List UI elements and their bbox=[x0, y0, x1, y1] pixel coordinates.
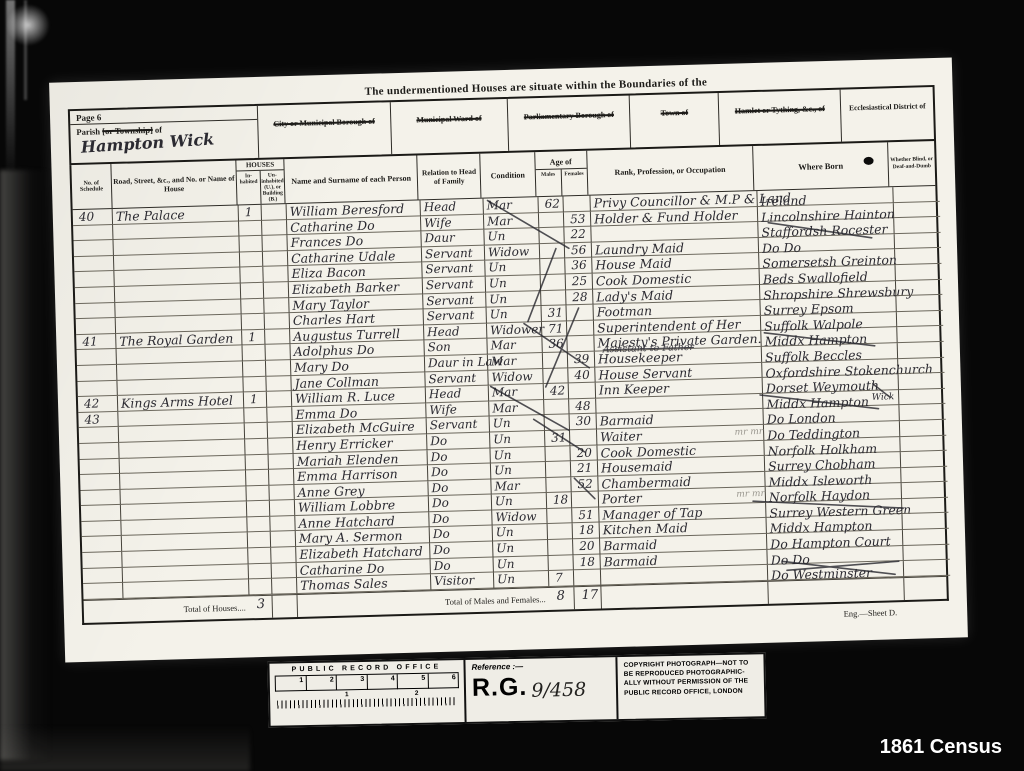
film-scratch bbox=[24, 0, 27, 100]
column-header-condition: Condition bbox=[480, 152, 536, 198]
schedule-cell bbox=[80, 458, 120, 475]
film-blemish bbox=[6, 4, 50, 46]
blind-cell bbox=[898, 357, 944, 374]
parish-field: Page 6 Parish [or Township] of Hampton W… bbox=[70, 106, 260, 163]
age-female-cell: 48 bbox=[569, 398, 596, 414]
relation-cell: Wife bbox=[426, 401, 489, 418]
ruler-segment: 2 bbox=[306, 675, 337, 691]
males-total: 8 bbox=[549, 587, 575, 610]
blind-cell bbox=[897, 311, 943, 328]
age-male-cell bbox=[539, 212, 564, 228]
column-header-relation: Relation to Head of Family bbox=[418, 154, 482, 200]
inhabited-cell bbox=[245, 423, 268, 439]
age-male-cell bbox=[544, 399, 569, 415]
column-header-age: Age of Males Females bbox=[535, 151, 588, 196]
pencil-mark: mr mr bbox=[734, 426, 763, 440]
age-female-cell: 39 bbox=[568, 352, 595, 368]
inhabited-cell bbox=[239, 220, 262, 236]
column-header-born: Where Born bbox=[753, 142, 890, 190]
ruler-segment: 5 bbox=[398, 674, 429, 690]
schedule-cell bbox=[77, 365, 117, 382]
age-male-cell bbox=[541, 290, 566, 306]
condition-cell: Un bbox=[490, 415, 545, 432]
uninhabited-cell bbox=[268, 438, 293, 454]
age-female-cell: 22 bbox=[564, 227, 591, 243]
film-smudge bbox=[0, 170, 52, 760]
age-female-cell bbox=[567, 305, 594, 321]
house-cell bbox=[123, 580, 249, 599]
column-header-males: Males bbox=[536, 169, 563, 196]
schedule-cell bbox=[74, 271, 114, 288]
blind-cell bbox=[903, 529, 949, 546]
females-total: 17 bbox=[574, 586, 602, 609]
ecclesiastical-district-label: Ecclesiastical District of bbox=[841, 87, 934, 142]
blind-cell bbox=[901, 451, 947, 468]
condition-cell: Widower bbox=[487, 322, 542, 339]
schedule-cell bbox=[77, 349, 117, 366]
condition-cell: Un bbox=[491, 462, 546, 479]
inhabited-cell bbox=[241, 283, 264, 299]
reference-prefix: R.G. bbox=[472, 673, 528, 703]
uninhabited-cell bbox=[269, 485, 294, 501]
reference-label: Reference :— bbox=[471, 660, 609, 672]
reference-box: Reference :— R.G. 9/458 bbox=[465, 657, 618, 722]
relation-cell: Head bbox=[426, 386, 489, 403]
condition-cell: Un bbox=[490, 431, 545, 448]
relation-cell: Son bbox=[424, 339, 487, 356]
age-female-cell: 30 bbox=[570, 414, 597, 430]
column-header-schedule: No. of Schedule bbox=[71, 164, 112, 209]
uninhabited-cell bbox=[268, 422, 293, 438]
age-male-cell bbox=[546, 461, 571, 477]
age-male-cell bbox=[548, 555, 573, 571]
condition-cell: Widow bbox=[488, 369, 543, 386]
relation-cell: Do bbox=[429, 495, 492, 512]
age-female-cell: 28 bbox=[566, 289, 593, 305]
blind-cell bbox=[899, 373, 945, 390]
blind-cell bbox=[900, 435, 946, 452]
relation-cell: Servant bbox=[425, 370, 488, 387]
age-male-cell: 42 bbox=[544, 383, 569, 399]
relation-cell: Visitor bbox=[431, 573, 494, 590]
blind-cell bbox=[902, 513, 948, 530]
ruler-segment: 6 bbox=[428, 673, 459, 689]
blind-cell bbox=[896, 295, 942, 312]
uninhabited-cell bbox=[264, 282, 289, 298]
relation-cell: Daur in Law bbox=[425, 355, 488, 372]
age-female-cell bbox=[574, 570, 601, 586]
column-header-road: Road, Street, &c., and No. or Name of Ho… bbox=[111, 161, 238, 208]
schedule-cell bbox=[73, 225, 113, 242]
condition-cell: Mar bbox=[487, 337, 542, 354]
inhabited-cell bbox=[241, 298, 264, 314]
column-header-name: Name and Surname of each Person bbox=[284, 155, 419, 203]
ruler-cm-scale: 1 2 bbox=[275, 690, 459, 710]
blind-cell bbox=[896, 264, 942, 281]
copyright-notice: COPYRIGHT PHOTOGRAPH—NOT TO BE REPRODUCE… bbox=[617, 654, 764, 719]
uninhabited-cell bbox=[265, 344, 290, 360]
inhabited-cell bbox=[243, 361, 266, 377]
age-male-cell: 31 bbox=[545, 430, 570, 446]
uninhabited-cell bbox=[269, 454, 294, 470]
age-male-cell bbox=[541, 274, 566, 290]
condition-cell: Mar bbox=[488, 353, 543, 370]
age-female-cell: 20 bbox=[573, 539, 600, 555]
inhabited-cell: 1 bbox=[242, 330, 265, 346]
age-male-cell bbox=[545, 415, 570, 431]
age-female-cell: 18 bbox=[573, 554, 600, 570]
age-female-cell bbox=[567, 336, 594, 352]
column-header-females: Females bbox=[561, 169, 587, 196]
ruler-segment: 3 bbox=[337, 675, 368, 691]
uninhabited-cell bbox=[269, 469, 294, 485]
schedule-cell bbox=[79, 427, 119, 444]
condition-cell: Un bbox=[490, 447, 545, 464]
schedule-cell bbox=[74, 256, 114, 273]
uninhabited-cell bbox=[267, 391, 292, 407]
uninhabited-cell bbox=[262, 220, 287, 236]
age-male-cell: 18 bbox=[547, 493, 572, 509]
schedule-cell: 40 bbox=[73, 209, 113, 226]
blind-cell bbox=[893, 186, 939, 203]
ruler-segment: 4 bbox=[367, 674, 398, 690]
condition-cell: Mar bbox=[489, 400, 544, 417]
condition-cell: Un bbox=[493, 524, 548, 541]
age-female-cell: 25 bbox=[566, 274, 593, 290]
inhabited-cell bbox=[242, 345, 265, 361]
relation-cell: Do bbox=[431, 557, 494, 574]
condition-cell: Un bbox=[485, 259, 540, 276]
relation-cell: Servant bbox=[423, 277, 486, 294]
schedule-cell: 42 bbox=[78, 396, 118, 413]
condition-cell: Un bbox=[492, 493, 547, 510]
uninhabited-cell bbox=[267, 407, 292, 423]
age-female-cell: 52 bbox=[571, 476, 598, 492]
pro-ruler: PUBLIC RECORD OFFICE 123456 1 2 bbox=[269, 660, 466, 726]
condition-cell: Mar bbox=[491, 478, 546, 495]
schedule-cell bbox=[81, 521, 121, 538]
age-male-cell: 31 bbox=[542, 306, 567, 322]
relation-cell: Do bbox=[428, 464, 491, 481]
uninhabited-cell bbox=[263, 266, 288, 282]
age-female-cell bbox=[572, 492, 599, 508]
census-caption: 1861 Census bbox=[880, 736, 1002, 759]
age-female-cell: 18 bbox=[573, 523, 600, 539]
blind-cell bbox=[902, 498, 948, 515]
schedule-cell bbox=[75, 287, 115, 304]
schedule-cell bbox=[75, 303, 115, 320]
age-female-cell bbox=[567, 320, 594, 336]
age-male-cell bbox=[543, 368, 568, 384]
age-female-cell: 56 bbox=[565, 242, 592, 258]
blind-cell bbox=[901, 466, 947, 483]
blind-cell bbox=[898, 342, 944, 359]
column-header-blind: Whether Blind, or Deaf-and-Dumb bbox=[888, 141, 935, 186]
schedule-cell bbox=[80, 490, 120, 507]
uninhabited-cell bbox=[263, 251, 288, 267]
schedule-cell bbox=[83, 583, 123, 600]
schedule-cell bbox=[76, 318, 116, 335]
blind-cell bbox=[896, 279, 942, 296]
schedule-cell bbox=[82, 552, 122, 569]
relation-cell: Wife bbox=[421, 214, 484, 231]
blind-cell bbox=[895, 248, 941, 265]
inhabited-cell bbox=[248, 532, 271, 548]
age-male-cell bbox=[540, 243, 565, 259]
inhabited-cell bbox=[249, 563, 272, 579]
column-header-uninhabited: Un-inhabited (U.), or Building (B.) bbox=[261, 170, 285, 204]
inhabited-cell bbox=[247, 517, 270, 533]
uninhabited-cell bbox=[265, 313, 290, 329]
uninhabited-cell bbox=[262, 204, 287, 220]
condition-cell: Widow bbox=[492, 509, 547, 526]
inhabited-cell bbox=[248, 548, 271, 564]
relation-cell: Head bbox=[421, 199, 484, 216]
relation-cell: Do bbox=[430, 542, 493, 559]
town-label: Town of bbox=[630, 93, 720, 147]
uninhabited-cell bbox=[271, 531, 296, 547]
column-header-inhabited: In-habited bbox=[237, 171, 262, 205]
relation-cell: Servant bbox=[427, 417, 490, 434]
relation-cell: Do bbox=[430, 526, 493, 543]
uninhabited-cell bbox=[272, 578, 297, 594]
age-female-cell: 36 bbox=[565, 258, 592, 274]
city-borough-label: City or Municipal Borough of bbox=[258, 102, 392, 158]
inhabited-cell bbox=[240, 267, 263, 283]
uninhabited-cell bbox=[264, 298, 289, 314]
total-houses-value: 3 bbox=[249, 596, 273, 619]
blind-cell bbox=[894, 201, 940, 218]
age-male-cell bbox=[548, 524, 573, 540]
ruler-inch-scale: 123456 bbox=[275, 672, 459, 692]
inhabited-cell bbox=[247, 501, 270, 517]
inhabited-cell bbox=[240, 252, 263, 268]
condition-cell: Un bbox=[486, 275, 541, 292]
relation-cell: Do bbox=[427, 448, 490, 465]
relation-cell: Servant bbox=[422, 245, 485, 262]
inhabited-cell bbox=[246, 470, 269, 486]
schedule-cell bbox=[83, 568, 123, 585]
blind-cell bbox=[899, 404, 945, 421]
hamlet-label: Hamlet or Tything, &c., of bbox=[719, 90, 843, 145]
age-male-cell: 36 bbox=[542, 337, 567, 353]
uninhabited-cell bbox=[265, 329, 290, 345]
schedule-cell bbox=[80, 474, 120, 491]
blind-cell bbox=[903, 544, 949, 561]
schedule-cell: 41 bbox=[76, 334, 116, 351]
census-table: No. of Schedule Road, Street, &c., and N… bbox=[69, 141, 949, 625]
condition-cell: Mar bbox=[483, 197, 538, 214]
ruler-ticks bbox=[277, 697, 457, 708]
census-rows: 40 The Palace 1 William Beresford Head M… bbox=[73, 186, 947, 600]
age-female-cell bbox=[570, 429, 597, 445]
age-male-cell bbox=[543, 352, 568, 368]
age-female-cell bbox=[569, 383, 596, 399]
schedule-cell: 43 bbox=[78, 412, 118, 429]
inhabited-cell bbox=[242, 314, 265, 330]
census-form: The undermentioned Houses are situate wi… bbox=[49, 58, 968, 663]
film-background: { "banner": "The undermentioned Houses a… bbox=[0, 0, 1024, 771]
age-male-cell bbox=[540, 259, 565, 275]
schedule-cell bbox=[77, 380, 117, 397]
uninhabited-cell bbox=[266, 360, 291, 376]
film-scratch bbox=[6, 0, 15, 170]
inhabited-cell: 1 bbox=[244, 392, 267, 408]
condition-cell: Un bbox=[493, 556, 548, 573]
relation-cell: Head bbox=[424, 323, 487, 340]
inhabited-cell bbox=[244, 407, 267, 423]
age-male-cell bbox=[539, 228, 564, 244]
ruler-segment: 1 bbox=[275, 676, 307, 692]
condition-cell: Un bbox=[487, 306, 542, 323]
pencil-mark: mr mr bbox=[736, 488, 765, 502]
inhabited-cell bbox=[239, 236, 262, 252]
uninhabited-cell bbox=[270, 500, 295, 516]
age-male-cell: 62 bbox=[538, 196, 563, 212]
relation-cell: Do bbox=[427, 432, 490, 449]
age-female-cell: 21 bbox=[571, 461, 598, 477]
age-male-cell: 71 bbox=[542, 321, 567, 337]
column-header-occupation: Rank, Profession, or Occupation bbox=[587, 146, 754, 195]
age-male-cell bbox=[548, 539, 573, 555]
condition-cell: Un bbox=[484, 228, 539, 245]
condition-cell: Un bbox=[493, 540, 548, 557]
age-male-cell bbox=[545, 446, 570, 462]
pro-reference-stamp: PUBLIC RECORD OFFICE 123456 1 2 Referenc… bbox=[267, 652, 766, 728]
age-female-cell: 20 bbox=[570, 445, 597, 461]
blind-cell bbox=[899, 389, 945, 406]
blind-cell bbox=[900, 420, 946, 437]
census-rows-area: 40 The Palace 1 William Beresford Head M… bbox=[73, 186, 947, 600]
blind-cell bbox=[897, 326, 943, 343]
inhabited-cell bbox=[246, 454, 269, 470]
relation-cell: Daur bbox=[421, 230, 484, 247]
relation-cell: Servant bbox=[423, 292, 486, 309]
condition-cell: Widow bbox=[485, 244, 540, 261]
age-female-cell bbox=[563, 196, 590, 212]
condition-cell: Mar bbox=[489, 384, 544, 401]
blind-cell bbox=[904, 560, 950, 577]
condition-cell: Mar bbox=[484, 213, 539, 230]
blind-cell bbox=[894, 217, 940, 234]
relation-cell: Do bbox=[429, 510, 492, 527]
blind-cell bbox=[902, 482, 948, 499]
inhabited-cell bbox=[245, 439, 268, 455]
age-female-cell: 53 bbox=[564, 211, 591, 227]
age-female-cell: 51 bbox=[572, 507, 599, 523]
inhabited-cell: 1 bbox=[239, 205, 262, 221]
inhabited-cell bbox=[249, 579, 272, 595]
age-male-cell bbox=[547, 508, 572, 524]
uninhabited-cell bbox=[266, 376, 291, 392]
relation-cell: Servant bbox=[424, 308, 487, 325]
film-smudge bbox=[0, 725, 250, 771]
schedule-cell bbox=[74, 240, 114, 257]
uninhabited-cell bbox=[271, 547, 296, 563]
uninhabited-cell bbox=[262, 235, 287, 251]
born-superscript: Wick bbox=[872, 392, 895, 403]
schedule-cell bbox=[82, 536, 122, 553]
schedule-cell bbox=[79, 443, 119, 460]
condition-cell: Un bbox=[486, 291, 541, 308]
age-male-cell bbox=[546, 477, 571, 493]
relation-cell: Do bbox=[428, 479, 491, 496]
uninhabited-cell bbox=[272, 563, 297, 579]
total-houses-label: Total of Houses.... bbox=[84, 596, 251, 623]
column-header-houses: HOUSES In-habited Un-inhabited (U.), or … bbox=[237, 159, 286, 204]
blind-cell bbox=[895, 233, 941, 250]
age-male-cell: 7 bbox=[549, 571, 574, 587]
municipal-ward-label: Municipal Ward of bbox=[390, 99, 509, 154]
inhabited-cell bbox=[246, 485, 269, 501]
relation-cell: Servant bbox=[422, 261, 485, 278]
parliamentary-borough-label: Parliamentary Borough of bbox=[508, 96, 632, 151]
age-female-cell: 40 bbox=[568, 367, 595, 383]
inhabited-cell bbox=[243, 376, 266, 392]
uninhabited-cell bbox=[270, 516, 295, 532]
condition-cell: Un bbox=[494, 571, 549, 588]
reference-number-handwritten: 9/458 bbox=[531, 679, 586, 702]
schedule-cell bbox=[81, 505, 121, 522]
